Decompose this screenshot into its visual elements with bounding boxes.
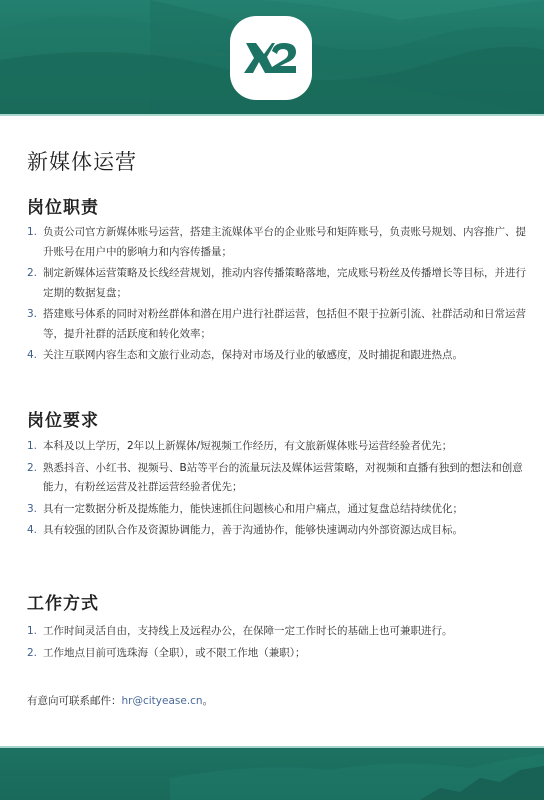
- list-number: 2.: [27, 264, 37, 284]
- list-item-text: 工作时间灵活自由，支持线上及远程办公，在保障一定工作时长的基础上也可兼职进行。: [43, 625, 453, 637]
- list-number: 1.: [27, 622, 37, 642]
- list-item-text: 熟悉抖音、小红书、视频号、B站等平台的流量玩法及媒体运营策略，对视频和直播有独到…: [43, 462, 523, 494]
- list-number: 1.: [27, 223, 37, 243]
- list-item: 4.关注互联网内容生态和文旅行业动态，保持对市场及行业的敏感度，及时捕捉和跟进热…: [27, 346, 527, 366]
- mountain-background-icon: [0, 748, 544, 800]
- list-item-text: 制定新媒体运营策略及长线经营规划，推动内容传播策略落地，完成账号粉丝及传播增长等…: [43, 267, 526, 299]
- list-item-text: 具有较强的团队合作及资源协调能力，善于沟通协作，能够快速调动内外部资源达成目标。: [43, 524, 463, 536]
- work-mode-list: 1.工作时间灵活自由，支持线上及远程办公，在保障一定工作时长的基础上也可兼职进行…: [27, 622, 527, 665]
- section-heading-work-mode: 工作方式: [27, 589, 99, 614]
- section-heading-requirements: 岗位要求: [27, 406, 99, 431]
- list-item-text: 工作地点目前可选珠海（全职），或不限工作地（兼职）；: [43, 647, 306, 659]
- section-heading-responsibilities: 岗位职责: [27, 193, 99, 218]
- list-number: 2.: [27, 644, 37, 664]
- contact-suffix: 。: [203, 695, 214, 707]
- list-item: 1.负责公司官方新媒体账号运营，搭建主流媒体平台的企业账号和矩阵账号，负责账号规…: [27, 223, 527, 262]
- x2-logo-icon: [244, 39, 298, 77]
- contact-label: 有意向可联系邮件：: [27, 695, 122, 707]
- list-item: 3.搭建账号体系的同时对粉丝群体和潜在用户进行社群运营，包括但不限于拉新引流、社…: [27, 305, 527, 344]
- list-number: 3.: [27, 305, 37, 325]
- list-number: 3.: [27, 500, 37, 520]
- list-item-text: 具有一定数据分析及提炼能力，能快速抓住问题核心和用户痛点，通过复盘总结持续优化；: [43, 503, 463, 515]
- list-item: 4.具有较强的团队合作及资源协调能力，善于沟通协作，能够快速调动内外部资源达成目…: [27, 521, 527, 541]
- header-divider: [0, 114, 544, 116]
- list-item: 1.本科及以上学历，2年以上新媒体/短视频工作经历，有文旅新媒体账号运营经验者优…: [27, 437, 527, 457]
- list-item: 2.制定新媒体运营策略及长线经营规划，推动内容传播策略落地，完成账号粉丝及传播增…: [27, 264, 527, 303]
- page-title: 新媒体运营: [27, 146, 137, 176]
- footer-banner: [0, 748, 544, 800]
- list-item: 2.熟悉抖音、小红书、视频号、B站等平台的流量玩法及媒体运营策略，对视频和直播有…: [27, 459, 527, 498]
- list-item: 1.工作时间灵活自由，支持线上及远程办公，在保障一定工作时长的基础上也可兼职进行…: [27, 622, 527, 642]
- list-number: 4.: [27, 346, 37, 366]
- list-number: 4.: [27, 521, 37, 541]
- list-item: 2.工作地点目前可选珠海（全职），或不限工作地（兼职）；: [27, 644, 527, 664]
- contact-line: 有意向可联系邮件：hr@cityease.cn。: [27, 693, 213, 708]
- company-logo: [230, 16, 312, 100]
- list-item-text: 负责公司官方新媒体账号运营，搭建主流媒体平台的企业账号和矩阵账号，负责账号规划、…: [43, 226, 526, 258]
- list-number: 1.: [27, 437, 37, 457]
- header-banner: [0, 0, 544, 115]
- contact-email-link[interactable]: hr@cityease.cn: [122, 695, 203, 707]
- list-item-text: 搭建账号体系的同时对粉丝群体和潜在用户进行社群运营，包括但不限于拉新引流、社群活…: [43, 308, 526, 340]
- list-item-text: 本科及以上学历，2年以上新媒体/短视频工作经历，有文旅新媒体账号运营经验者优先；: [43, 440, 452, 452]
- list-item: 3.具有一定数据分析及提炼能力，能快速抓住问题核心和用户痛点，通过复盘总结持续优…: [27, 500, 527, 520]
- list-number: 2.: [27, 459, 37, 479]
- requirements-list: 1.本科及以上学历，2年以上新媒体/短视频工作经历，有文旅新媒体账号运营经验者优…: [27, 437, 527, 543]
- list-item-text: 关注互联网内容生态和文旅行业动态，保持对市场及行业的敏感度，及时捕捉和跟进热点。: [43, 349, 463, 361]
- responsibilities-list: 1.负责公司官方新媒体账号运营，搭建主流媒体平台的企业账号和矩阵账号，负责账号规…: [27, 223, 527, 368]
